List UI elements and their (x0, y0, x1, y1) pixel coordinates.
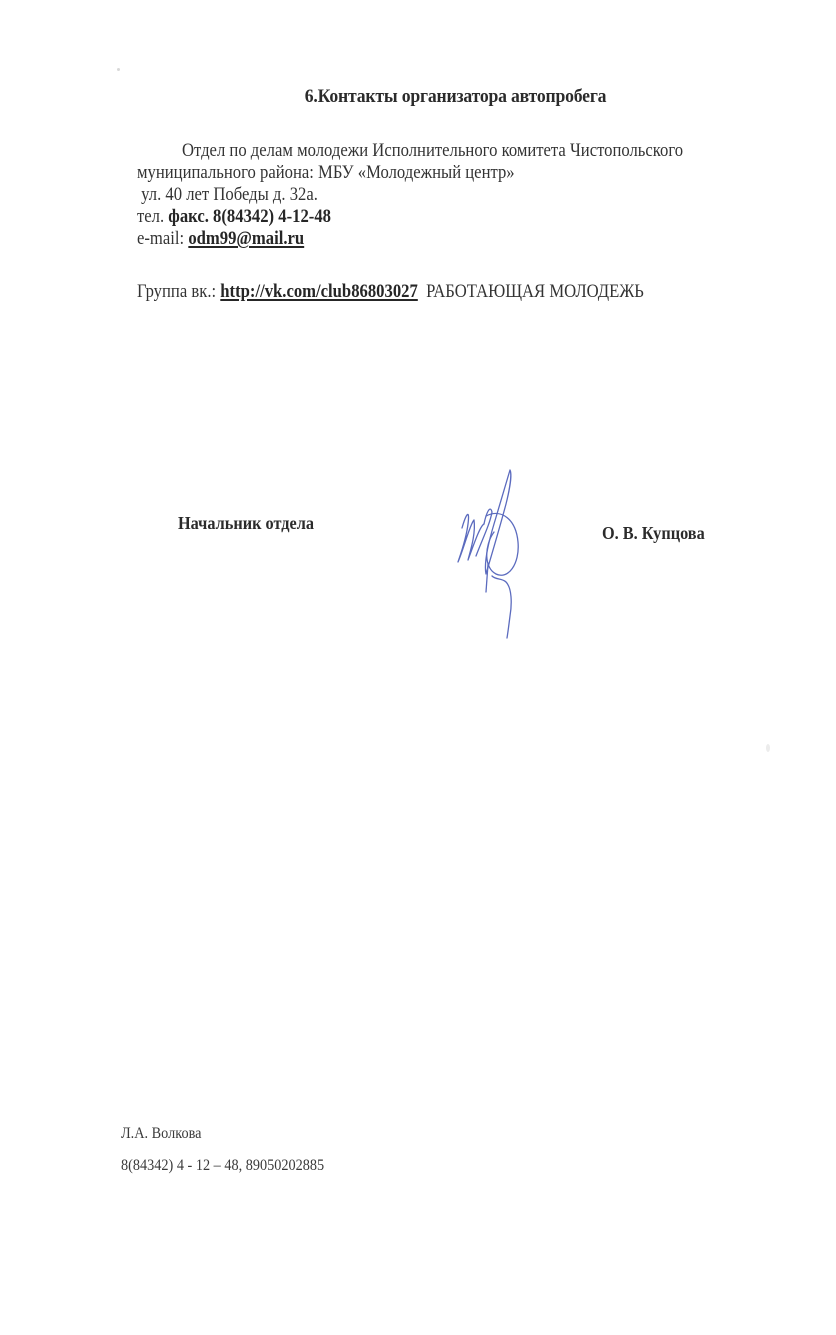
address: ул. 40 лет Победы д. 32а. (141, 185, 318, 205)
organization-line-1: Отдел по делам молодежи Исполнительного … (182, 141, 683, 162)
scan-speck (766, 744, 770, 752)
email-line: e-mail: odm99@mail.ru (137, 229, 304, 250)
email-prefix: e-mail: (137, 229, 188, 249)
executor-name: Л.А. Волкова (121, 1125, 201, 1143)
vk-group-link[interactable]: http://vk.com/club86803027 (220, 282, 418, 302)
phone-number: 8(84342) 4-12-48 (213, 207, 331, 227)
vk-group-line: Группа вк.: http://vk.com/club86803027 Р… (137, 282, 644, 303)
scan-speck (117, 68, 120, 71)
address-line: ул. 40 лет Победы д. 32а. (137, 185, 318, 206)
email-link[interactable]: odm99@mail.ru (188, 229, 304, 249)
signatory-position: Начальник отдела (178, 513, 314, 534)
organization-line-2: муниципального района: МБУ «Молодежный ц… (137, 163, 515, 184)
vk-prefix: Группа вк.: (137, 282, 220, 302)
signatory-name: О. В. Купцова (602, 523, 705, 544)
handwritten-signature (440, 464, 550, 640)
document-page: 6.Контакты организатора автопробега Отде… (0, 0, 836, 1335)
phone-line: тел. факс. 8(84342) 4-12-48 (137, 207, 331, 228)
fax-label: факс. (168, 207, 213, 227)
phone-prefix: тел. (137, 207, 168, 227)
vk-group-name: РАБОТАЮЩАЯ МОЛОДЕЖЬ (426, 282, 644, 302)
executor-contacts: 8(84342) 4 - 12 – 48, 89050202885 (121, 1157, 324, 1175)
section-heading: 6.Контакты организатора автопробега (32, 86, 809, 108)
